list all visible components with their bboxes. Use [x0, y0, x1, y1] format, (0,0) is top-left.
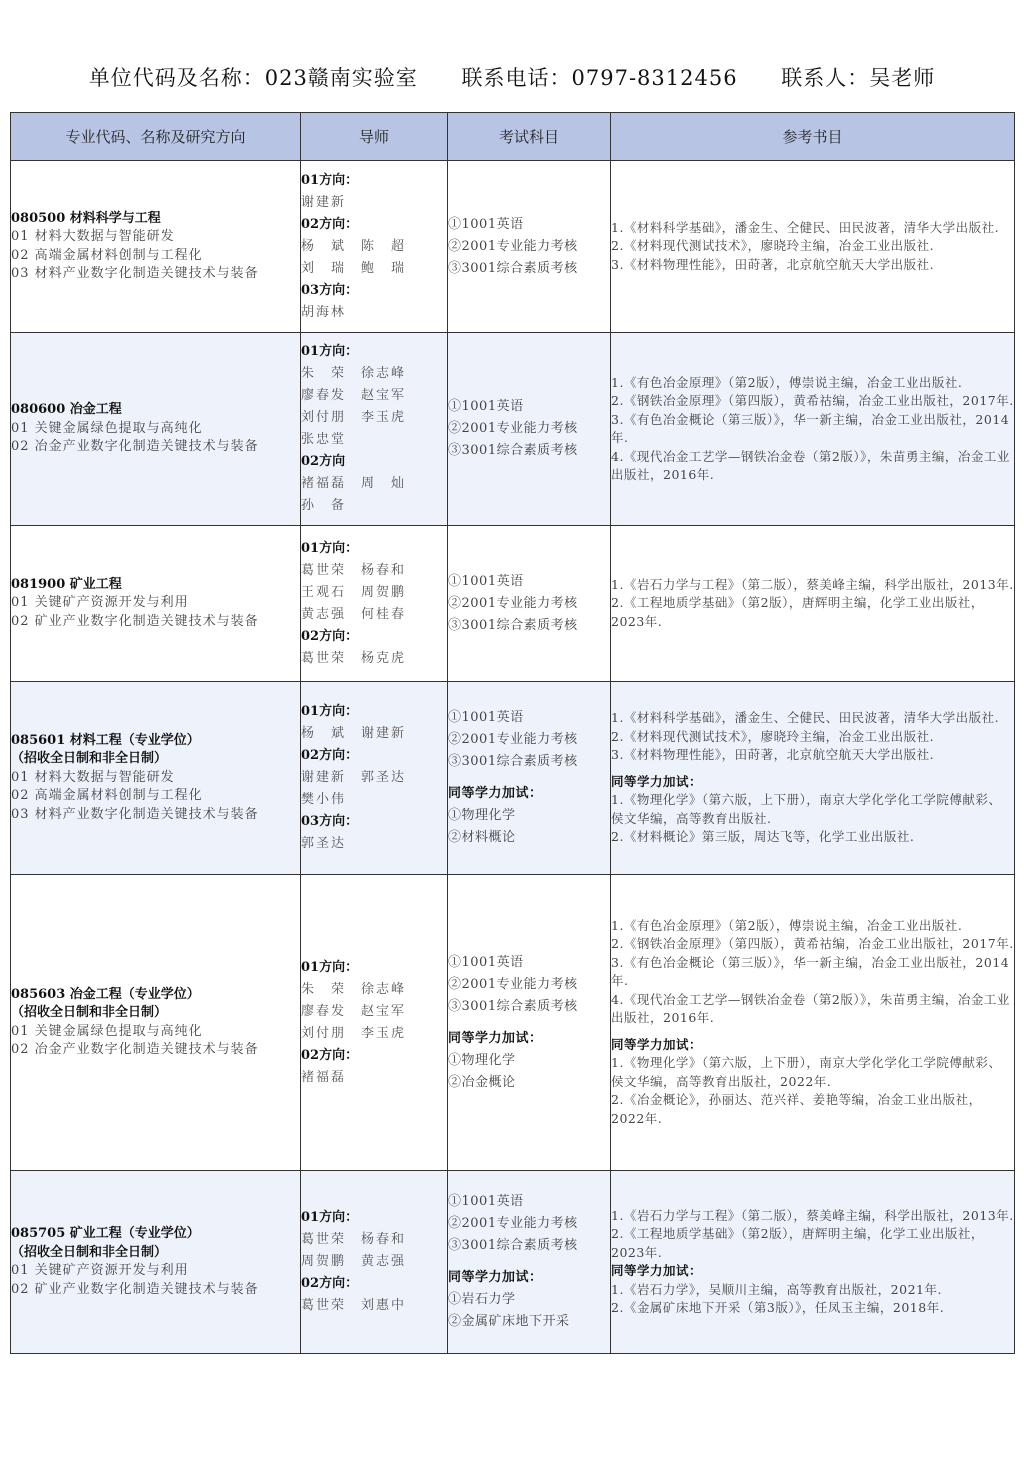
table-row: 080500 材料科学与工程01 材料大数据与智能研发02 高端金属材料创制与工… [11, 161, 1015, 333]
research-direction: 02 矿业产业数字化制造关键技术与装备 [11, 613, 300, 632]
tutor-cell: 01方向：谢建新02方向：杨 斌 陈 超刘 瑞 鲍 瑞03方向：胡海林 [301, 161, 448, 333]
extra-books-label: 同等学力加试： [611, 773, 1014, 792]
direction-label: 02方向： [301, 745, 447, 767]
table-row: 080600 冶金工程01 关键金属绿色提取与高纯化02 冶金产业数字化制造关键… [11, 333, 1015, 526]
extra-exam-subject: ②金属矿床地下开采 [448, 1311, 610, 1333]
exam-subject: ③3001综合素质考核 [448, 615, 610, 637]
exam-subject: ③3001综合素质考核 [448, 258, 610, 280]
reference-book: 3.《材料物理性能》，田莳著，北京航空航天大学出版社. [611, 256, 1014, 275]
reference-book: 1.《岩石力学与工程》（第二版），蔡美峰主编，科学出版社，2013年. [611, 576, 1014, 595]
reference-book: 2.《材料现代测试技术》，廖晓玲主编，冶金工业出版社. [611, 728, 1014, 747]
books-cell: 1.《岩石力学与工程》（第二版），蔡美峰主编，科学出版社，2013年.2.《工程… [611, 1171, 1015, 1354]
exam-cell: ①1001英语②2001专业能力考核③3001综合素质考核同等学力加试：①岩石力… [448, 1171, 611, 1354]
direction-label: 03方向： [301, 811, 447, 833]
extra-books-label: 同等学力加试： [611, 1262, 1014, 1281]
tutor-names: 刘付朋 李玉虎 [301, 1023, 447, 1045]
exam-cell: ①1001英语②2001专业能力考核③3001综合素质考核同等学力加试：①物理化… [448, 875, 611, 1171]
reference-book: 2.《工程地质学基础》（第2版），唐辉明主编，化学工业出版社，2023年. [611, 594, 1014, 631]
reference-book: 1.《岩石力学与工程》（第二版），蔡美峰主编，科学出版社，2013年. [611, 1207, 1014, 1226]
books-cell: 1.《岩石力学与工程》（第二版），蔡美峰主编，科学出版社，2013年.2.《工程… [611, 526, 1015, 682]
major-title: 085601 材料工程（专业学位） [11, 732, 300, 751]
books-cell: 1.《材料科学基础》，潘金生、仝健民、田民波著，清华大学出版社.2.《材料现代测… [611, 682, 1015, 875]
exam-subject: ①1001英语 [448, 571, 610, 593]
table-header-row: 专业代码、名称及研究方向 导师 考试科目 参考书目 [11, 113, 1015, 161]
research-direction: 02 冶金产业数字化制造关键技术与装备 [11, 1041, 300, 1060]
research-direction: 03 材料产业数字化制造关键技术与装备 [11, 806, 300, 825]
reference-book: 1.《有色冶金原理》（第2版），傅崇说主编，冶金工业出版社. [611, 374, 1014, 393]
exam-cell: ①1001英语②2001专业能力考核③3001综合素质考核 [448, 333, 611, 526]
major-title: 081900 矿业工程 [11, 576, 300, 595]
extra-reference-book: 1.《物理化学》（第六版，上下册），南京大学化学化工学院傅献彩、侯文华编，高等教… [611, 791, 1014, 828]
research-direction: 01 关键矿产资源开发与利用 [11, 594, 300, 613]
reference-book: 4.《现代冶金工艺学—钢铁冶金卷（第2版）》，朱苗勇主编，冶金工业出版社，201… [611, 448, 1014, 485]
direction-label: 01方向： [301, 538, 447, 560]
exam-subject: ①1001英语 [448, 707, 610, 729]
direction-label: 03方向： [301, 280, 447, 302]
direction-label: 01方向： [301, 1207, 447, 1229]
extra-exam-subject: ①物理化学 [448, 805, 610, 827]
contact-person: 联系人：吴老师 [781, 66, 935, 90]
books-cell: 1.《有色冶金原理》（第2版），傅崇说主编，冶金工业出版社.2.《钢铁冶金原理》… [611, 875, 1015, 1171]
tutor-names: 胡海林 [301, 302, 447, 324]
tutor-names: 刘付朋 李玉虎 [301, 407, 447, 429]
major-title: （招收全日制和非全日制） [11, 750, 300, 769]
extra-exam-subject: ①岩石力学 [448, 1289, 610, 1311]
tutor-cell: 01方向：葛世荣 杨春和周贺鹏 黄志强02方向：葛世荣 刘惠中 [301, 1171, 448, 1354]
major-cell: 080600 冶金工程01 关键金属绿色提取与高纯化02 冶金产业数字化制造关键… [11, 333, 301, 526]
major-cell: 085705 矿业工程（专业学位）（招收全日制和非全日制）01 关键矿产资源开发… [11, 1171, 301, 1354]
tutor-cell: 01方向：朱 荣 徐志峰廖春发 赵宝军刘付朋 李玉虎张忠堂02方向褚福磊 周 灿… [301, 333, 448, 526]
exam-subject: ②2001专业能力考核 [448, 1213, 610, 1235]
reference-book: 3.《有色冶金概论（第三版）》，华一新主编，冶金工业出版社，2014年. [611, 954, 1014, 991]
research-direction: 01 关键金属绿色提取与高纯化 [11, 1023, 300, 1042]
extra-exam-label: 同等学力加试： [448, 1267, 610, 1289]
tutor-cell: 01方向：朱 荣 徐志峰廖春发 赵宝军刘付朋 李玉虎02方向：褚福磊 [301, 875, 448, 1171]
books-cell: 1.《材料科学基础》，潘金生、仝健民、田民波著，清华大学出版社.2.《材料现代测… [611, 161, 1015, 333]
books-cell: 1.《有色冶金原理》（第2版），傅崇说主编，冶金工业出版社.2.《钢铁冶金原理》… [611, 333, 1015, 526]
research-direction: 01 关键金属绿色提取与高纯化 [11, 420, 300, 439]
tutor-names: 杨 斌 陈 超 [301, 236, 447, 258]
research-direction: 02 矿业产业数字化制造关键技术与装备 [11, 1281, 300, 1300]
extra-reference-book: 2.《冶金概论》，孙丽达、范兴祥、姜艳等编，冶金工业出版社，2022年. [611, 1091, 1014, 1128]
major-title: 080600 冶金工程 [11, 401, 300, 420]
major-title: （招收全日制和非全日制） [11, 1004, 300, 1023]
extra-exam-subject: ②冶金概论 [448, 1072, 610, 1094]
major-title: 085705 矿业工程（专业学位） [11, 1225, 300, 1244]
tutor-names: 周贺鹏 黄志强 [301, 1251, 447, 1273]
extra-books-label: 同等学力加试： [611, 1036, 1014, 1055]
extra-reference-book: 2.《金属矿床地下开采（第3版）》，任凤玉主编，2018年. [611, 1299, 1014, 1318]
major-title: （招收全日制和非全日制） [11, 1244, 300, 1263]
table-row: 085603 冶金工程（专业学位）（招收全日制和非全日制）01 关键金属绿色提取… [11, 875, 1015, 1171]
exam-cell: ①1001英语②2001专业能力考核③3001综合素质考核 [448, 526, 611, 682]
direction-label: 02方向： [301, 1045, 447, 1067]
reference-book: 3.《有色冶金概论（第三版）》，华一新主编，冶金工业出版社，2014年. [611, 411, 1014, 448]
exam-subject: ③3001综合素质考核 [448, 440, 610, 462]
reference-book: 2.《钢铁冶金原理》（第四版），黄希祜编，冶金工业出版社，2017年. [611, 935, 1014, 954]
tutor-names: 朱 荣 徐志峰 [301, 979, 447, 1001]
tutor-names: 杨 斌 谢建新 [301, 723, 447, 745]
column-header-major: 专业代码、名称及研究方向 [11, 113, 301, 161]
direction-label: 01方向： [301, 957, 447, 979]
reference-book: 1.《材料科学基础》，潘金生、仝健民、田民波著，清华大学出版社. [611, 709, 1014, 728]
reference-book: 2.《工程地质学基础》（第2版），唐辉明主编，化学工业出版社，2023年. [611, 1225, 1014, 1262]
reference-book: 1.《有色冶金原理》（第2版），傅崇说主编，冶金工业出版社. [611, 917, 1014, 936]
direction-label: 01方向： [301, 170, 447, 192]
exam-subject: ①1001英语 [448, 1191, 610, 1213]
tutor-cell: 01方向：杨 斌 谢建新02方向：谢建新 郭圣达樊小伟03方向：郭圣达 [301, 682, 448, 875]
tutor-names: 葛世荣 刘惠中 [301, 1295, 447, 1317]
contact-phone: 联系电话：0797-8312456 [462, 66, 738, 90]
extra-reference-book: 1.《岩石力学》，吴顺川主编，高等教育出版社，2021年. [611, 1281, 1014, 1300]
research-direction: 02 高端金属材料创制与工程化 [11, 247, 300, 266]
direction-label: 02方向 [301, 451, 447, 473]
extra-exam-label: 同等学力加试： [448, 783, 610, 805]
column-header-books: 参考书目 [611, 113, 1015, 161]
exam-subject: ②2001专业能力考核 [448, 418, 610, 440]
tutor-names: 郭圣达 [301, 833, 447, 855]
extra-exam-subject: ②材料概论 [448, 827, 610, 849]
reference-book: 2.《材料现代测试技术》，廖晓玲主编，冶金工业出版社. [611, 237, 1014, 256]
tutor-cell: 01方向：葛世荣 杨春和王观石 周贺鹏黄志强 何桂春02方向：葛世荣 杨克虎 [301, 526, 448, 682]
exam-subject: ②2001专业能力考核 [448, 729, 610, 751]
tutor-names: 谢建新 郭圣达 [301, 767, 447, 789]
direction-label: 02方向： [301, 214, 447, 236]
extra-exam-subject: ①物理化学 [448, 1050, 610, 1072]
tutor-names: 刘 瑞 鲍 瑞 [301, 258, 447, 280]
direction-label: 02方向： [301, 1273, 447, 1295]
extra-exam-label: 同等学力加试： [448, 1028, 610, 1050]
research-direction: 01 材料大数据与智能研发 [11, 228, 300, 247]
research-direction: 02 冶金产业数字化制造关键技术与装备 [11, 438, 300, 457]
table-row: 085705 矿业工程（专业学位）（招收全日制和非全日制）01 关键矿产资源开发… [11, 1171, 1015, 1354]
tutor-names: 王观石 周贺鹏 [301, 582, 447, 604]
exam-cell: ①1001英语②2001专业能力考核③3001综合素质考核同等学力加试：①物理化… [448, 682, 611, 875]
reference-book: 2.《钢铁冶金原理》（第四版），黄希祜编，冶金工业出版社，2017年. [611, 392, 1014, 411]
table-row: 081900 矿业工程01 关键矿产资源开发与利用02 矿业产业数字化制造关键技… [11, 526, 1015, 682]
exam-subject: ①1001英语 [448, 952, 610, 974]
exam-subject: ①1001英语 [448, 214, 610, 236]
major-cell: 085603 冶金工程（专业学位）（招收全日制和非全日制）01 关键金属绿色提取… [11, 875, 301, 1171]
tutor-names: 褚福磊 [301, 1067, 447, 1089]
major-cell: 085601 材料工程（专业学位）（招收全日制和非全日制）01 材料大数据与智能… [11, 682, 301, 875]
tutor-names: 葛世荣 杨克虎 [301, 648, 447, 670]
column-header-tutor: 导师 [301, 113, 448, 161]
exam-subject: ②2001专业能力考核 [448, 593, 610, 615]
exam-subject: ②2001专业能力考核 [448, 974, 610, 996]
tutor-names: 孙 备 [301, 495, 447, 517]
tutor-names: 褚福磊 周 灿 [301, 473, 447, 495]
extra-reference-book: 1.《物理化学》（第六版，上下册），南京大学化学化工学院傅献彩、侯文华编，高等教… [611, 1054, 1014, 1091]
admissions-table: 专业代码、名称及研究方向 导师 考试科目 参考书目 080500 材料科学与工程… [10, 112, 1015, 1354]
exam-subject: ①1001英语 [448, 396, 610, 418]
tutor-names: 葛世荣 杨春和 [301, 560, 447, 582]
research-direction: 02 高端金属材料创制与工程化 [11, 787, 300, 806]
major-title: 080500 材料科学与工程 [11, 210, 300, 229]
tutor-names: 谢建新 [301, 192, 447, 214]
tutor-names: 葛世荣 杨春和 [301, 1229, 447, 1251]
reference-book: 1.《材料科学基础》，潘金生、仝健民、田民波著，清华大学出版社. [611, 219, 1014, 238]
direction-label: 02方向： [301, 626, 447, 648]
tutor-names: 张忠堂 [301, 429, 447, 451]
research-direction: 03 材料产业数字化制造关键技术与装备 [11, 265, 300, 284]
exam-subject: ③3001综合素质考核 [448, 996, 610, 1018]
major-title: 085603 冶金工程（专业学位） [11, 986, 300, 1005]
reference-book: 4.《现代冶金工艺学—钢铁冶金卷（第2版）》，朱苗勇主编，冶金工业出版社，201… [611, 991, 1014, 1028]
reference-book: 3.《材料物理性能》，田莳著，北京航空航天大学出版社. [611, 746, 1014, 765]
page-header: 单位代码及名称：023赣南实验室 联系电话：0797-8312456 联系人：吴… [0, 62, 1024, 92]
tutor-names: 朱 荣 徐志峰 [301, 363, 447, 385]
major-cell: 080500 材料科学与工程01 材料大数据与智能研发02 高端金属材料创制与工… [11, 161, 301, 333]
direction-label: 01方向： [301, 701, 447, 723]
table-row: 085601 材料工程（专业学位）（招收全日制和非全日制）01 材料大数据与智能… [11, 682, 1015, 875]
research-direction: 01 材料大数据与智能研发 [11, 769, 300, 788]
tutor-names: 樊小伟 [301, 789, 447, 811]
exam-subject: ②2001专业能力考核 [448, 236, 610, 258]
tutor-names: 黄志强 何桂春 [301, 604, 447, 626]
major-cell: 081900 矿业工程01 关键矿产资源开发与利用02 矿业产业数字化制造关键技… [11, 526, 301, 682]
column-header-exams: 考试科目 [448, 113, 611, 161]
unit-name: 单位代码及名称：023赣南实验室 [89, 66, 418, 90]
tutor-names: 廖春发 赵宝军 [301, 385, 447, 407]
tutor-names: 廖春发 赵宝军 [301, 1001, 447, 1023]
extra-reference-book: 2.《材料概论》第三版，周达飞等，化学工业出版社. [611, 828, 1014, 847]
research-direction: 01 关键矿产资源开发与利用 [11, 1262, 300, 1281]
exam-cell: ①1001英语②2001专业能力考核③3001综合素质考核 [448, 161, 611, 333]
direction-label: 01方向： [301, 341, 447, 363]
exam-subject: ③3001综合素质考核 [448, 1235, 610, 1257]
exam-subject: ③3001综合素质考核 [448, 751, 610, 773]
